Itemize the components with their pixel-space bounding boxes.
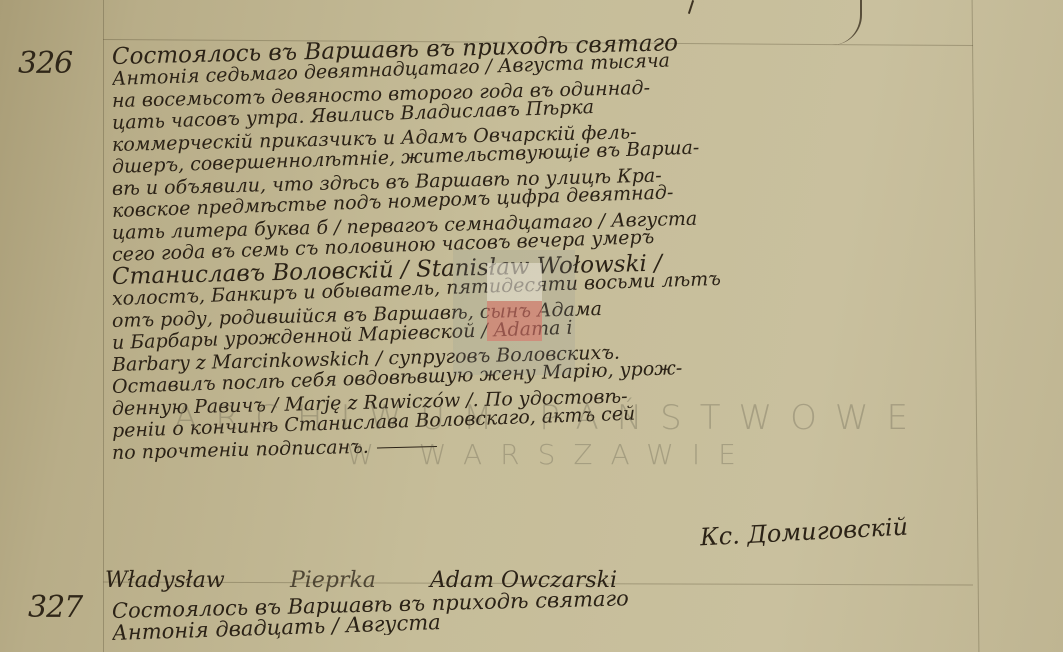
priest-signature: Кс. Домиговскій bbox=[699, 513, 908, 552]
entry-number: 327 bbox=[28, 590, 82, 625]
entry-number: 326 bbox=[18, 46, 72, 81]
witness-signature-first-name: Władysław bbox=[105, 568, 225, 593]
left-margin-rule bbox=[103, 0, 104, 652]
closing-rule bbox=[377, 446, 437, 448]
entry-326-text: Состоялось въ Варшавѣ въ приходѣ святаго… bbox=[112, 46, 972, 464]
document-page: 326 Состоялось въ Варшавѣ въ приходѣ свя… bbox=[0, 0, 1063, 652]
signatures-block: Кс. Домиговскій Władysław Pieprka Adam O… bbox=[105, 540, 975, 580]
entry-327-text: Состоялось въ Варшавѣ въ приходѣ святаго… bbox=[112, 600, 972, 644]
previous-entry-ink-stroke bbox=[688, 0, 694, 14]
witness-signature-surname: Pieprka bbox=[290, 568, 376, 593]
